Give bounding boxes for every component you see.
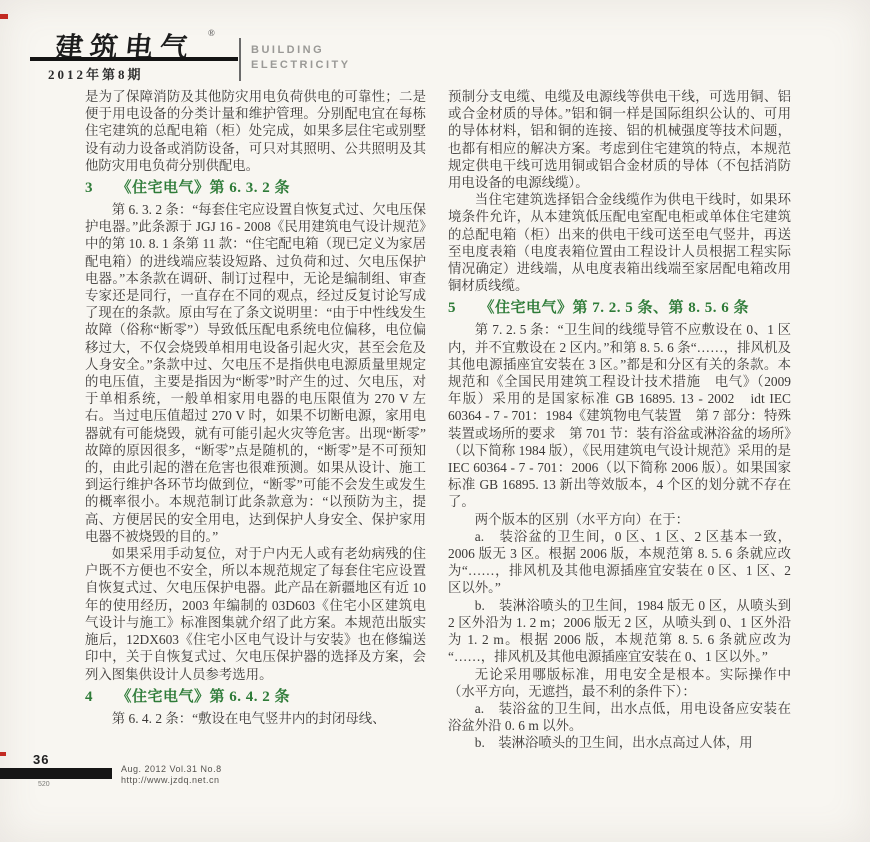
- registration-mark-bottom: [0, 752, 6, 756]
- text-column-right: 预制分支电缆、电缆及电源线等供电干线，可选用铜、铝或合金材质的导体。”铝和铜一样…: [448, 88, 791, 752]
- body-paragraph: 第 6. 4. 2 条：“敷设在电气竖井内的封闭母线、: [85, 710, 426, 727]
- trademark-icon: ®: [208, 28, 215, 38]
- body-paragraph: 当住宅建筑选择铝合金线缆作为供电干线时，如果环境条件允许，从本建筑低压配电室配电…: [448, 191, 791, 294]
- registration-mark-top: [0, 14, 8, 19]
- body-paragraph: 第 6. 3. 2 条：“每套住宅应设置自恢复式过、欠电压保护电器。”此条源于 …: [85, 201, 426, 545]
- body-paragraph: 第 7. 2. 5 条：“卫生间的线缆导管不应敷设在 0、1 区内，并不宜敷设在…: [448, 321, 791, 510]
- section-heading: 3 《住宅电气》第 6. 3. 2 条: [85, 178, 426, 198]
- body-paragraph: b. 装淋浴喷头的卫生间，1984 版无 0 区，从喷头到 2 区外沿为 1. …: [448, 597, 791, 666]
- body-paragraph: 预制分支电缆、电缆及电源线等供电干线，可选用铜、铝或合金材质的导体。”铝和铜一样…: [448, 88, 791, 191]
- page-number: 36: [33, 752, 49, 767]
- body-paragraph: a. 装浴盆的卫生间，出水点低，用电设备应安装在浴盆外沿 0. 6 m 以外。: [448, 700, 791, 734]
- body-paragraph: 如果采用手动复位，对于户内无人或有老幼病残的住户既不方便也不安全，所以本规范规定…: [85, 545, 426, 683]
- issue-label: 2012年第8期: [48, 64, 144, 83]
- masthead-divider: [239, 38, 241, 81]
- body-paragraph: 无论采用哪版标准，用电安全是根本。实际操作中（水平方向，无遮挡，最不利的条件下）…: [448, 666, 791, 700]
- section-heading: 5 《住宅电气》第 7. 2. 5 条、第 8. 5. 6 条: [448, 298, 791, 318]
- footer-url: http://www.jzdq.net.cn: [121, 775, 222, 786]
- text-column-left: 是为了保障消防及其他防灾用电负荷供电的可靠性；二是便于用电设备的分类计量和维护管…: [85, 88, 426, 727]
- body-paragraph: 是为了保障消防及其他防灾用电负荷供电的可靠性；二是便于用电设备的分类计量和维护管…: [85, 88, 426, 174]
- footer-bar: [0, 768, 112, 779]
- body-paragraph: a. 装浴盆的卫生间，0 区、1 区、2 区基本一致，2006 版无 3 区。根…: [448, 528, 791, 597]
- body-paragraph: b. 装淋浴喷头的卫生间，出水点高过人体，用: [448, 734, 791, 751]
- journal-english-title-line1: BUILDING: [251, 43, 351, 58]
- journal-english-title: BUILDING ELECTRICITY: [251, 43, 351, 73]
- footer-issue-line: Aug. 2012 Vol.31 No.8: [121, 764, 222, 775]
- journal-english-title-line2: ELECTRICITY: [251, 58, 351, 73]
- footer-issue-info: Aug. 2012 Vol.31 No.8 http://www.jzdq.ne…: [121, 764, 222, 786]
- section-heading: 4 《住宅电气》第 6. 4. 2 条: [85, 687, 426, 707]
- footer-note: 520: [38, 781, 50, 788]
- body-paragraph: 两个版本的区别（水平方向）在于：: [448, 511, 791, 528]
- masthead-rule: [30, 57, 238, 61]
- scanned-journal-page: 建筑电气 ® 2012年第8期 BUILDING ELECTRICITY 是为了…: [0, 0, 870, 842]
